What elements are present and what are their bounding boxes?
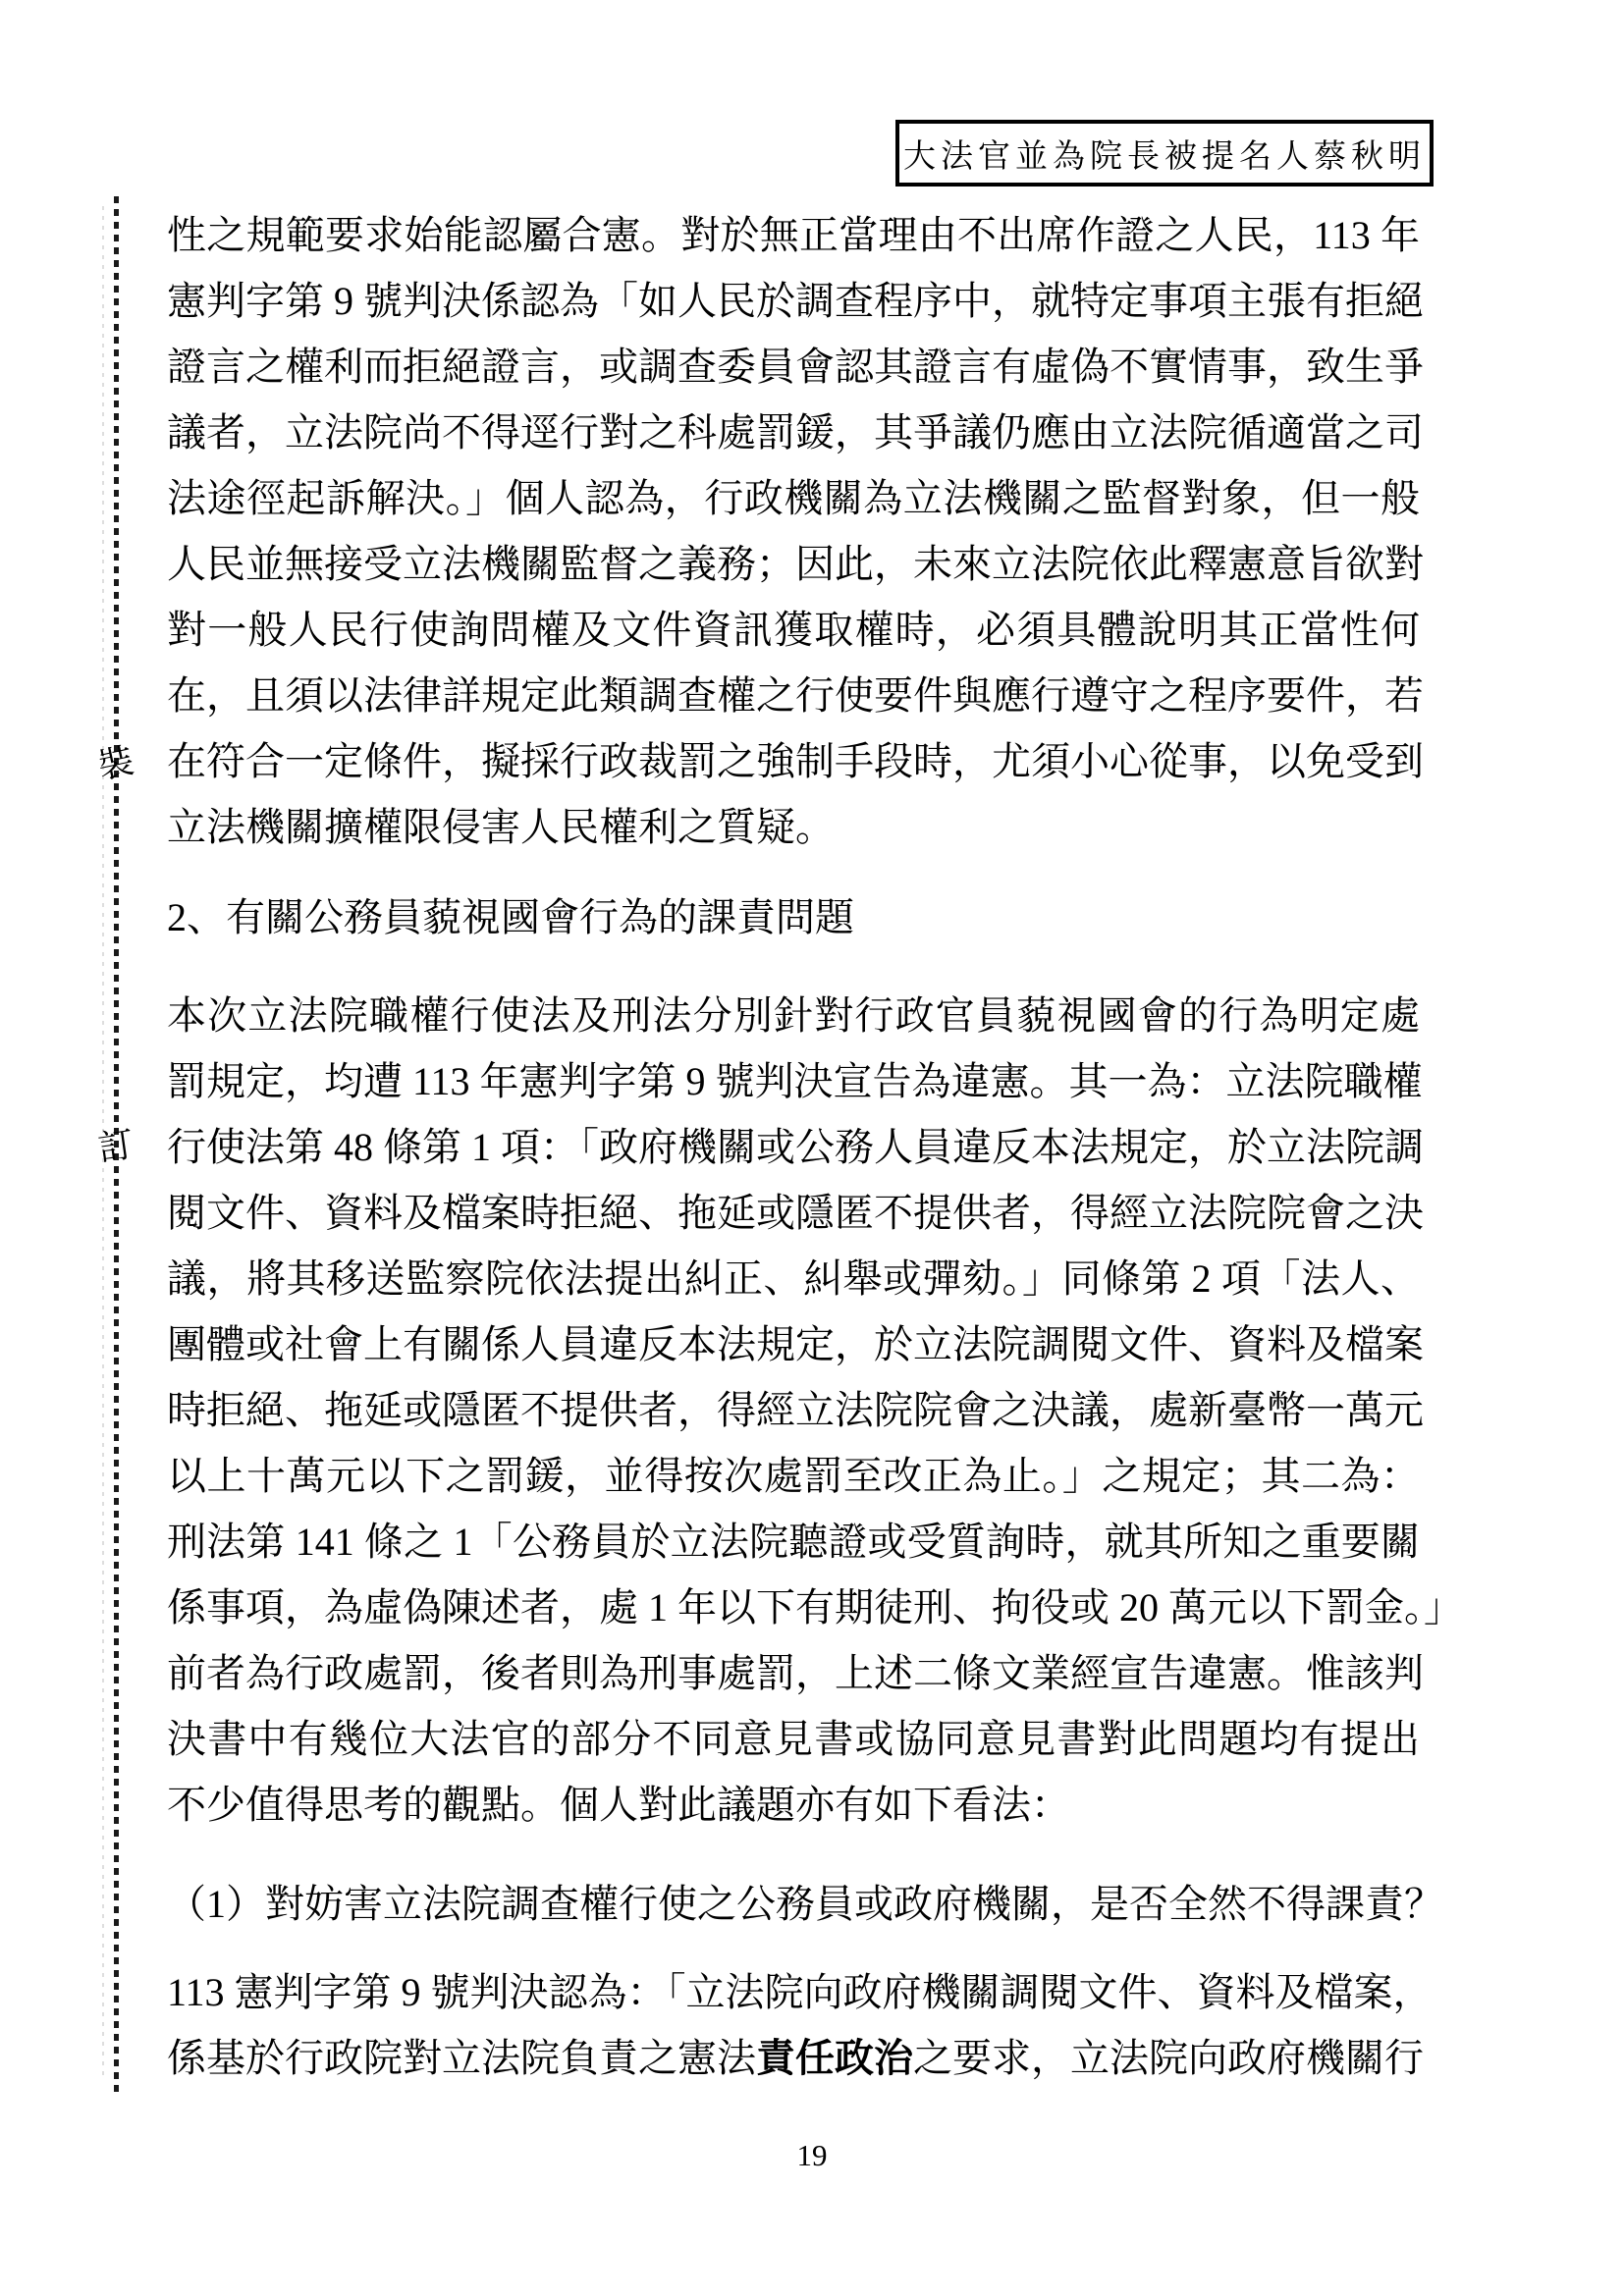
text-line: 對一般人民行使詢問權及文件資訊獲取權時，必須具體說明其正當性何 [167, 597, 1420, 663]
text-line: 時拒絕、拖延或隱匿不提供者，得經立法院院會之決議，處新臺幣一萬元 [167, 1377, 1420, 1443]
text-line: 係基於行政院對立法院負責之憲法責任政治之要求，立法院向政府機關行 [167, 2025, 1420, 2091]
text-line: 立法機關擴權限侵害人民權利之質疑。 [167, 794, 1420, 860]
text-line: 不少值得思考的觀點。個人對此議題亦有如下看法： [167, 1772, 1420, 1838]
section-heading-text: 2、有關公務員藐視國會行為的課責問題 [167, 884, 1420, 950]
paragraph-2: 本次立法院職權行使法及刑法分別針對行政官員藐視國會的行為明定處 罰規定，均遭 1… [167, 983, 1420, 1838]
text-line: 團體或社會上有關係人員違反本法規定，於立法院調閱文件、資料及檔案 [167, 1311, 1420, 1377]
text-line: 人民並無接受立法機關監督之義務；因此，未來立法院依此釋憲意旨欲對 [167, 531, 1420, 597]
binding-mark-ding: 訂 [91, 1122, 140, 1171]
page-number: 19 [0, 2138, 1624, 2173]
text-line: 以上十萬元以下之罰鍰，並得按次處罰至改正為止。」之規定；其二為： [167, 1443, 1420, 1509]
text-line: 前者為行政處罰，後者則為刑事處罰，上述二條文業經宣告違憲。惟該判 [167, 1640, 1420, 1706]
section-heading-2: 2、有關公務員藐視國會行為的課責問題 [167, 884, 1420, 950]
header-nominee-title: 大法官並為院長被提名人蔡秋明 [903, 131, 1426, 177]
text-line: 閱文件、資料及檔案時拒絕、拖延或隱匿不提供者，得經立法院院會之決 [167, 1180, 1420, 1246]
text-line: 在符合一定條件，擬採行政裁罰之強制手段時，尤須小心從事，以免受到 [167, 728, 1420, 794]
text-segment: 係基於行政院對立法院負責之憲法 [167, 2036, 756, 2080]
binding-mark-zhuang: 裝 [90, 738, 141, 789]
text-line: 行使法第 48 條第 1 項：「政府機關或公務人員違反本法規定，於立法院調 [167, 1114, 1420, 1180]
text-line: 法途徑起訴解決。」個人認為，行政機關為立法機關之監督對象，但一般 [167, 465, 1420, 531]
text-line: 證言之權利而拒絕證言，或調查委員會認其證言有虛偽不實情事，致生爭 [167, 334, 1420, 400]
document-page: 大法官並為院長被提名人蔡秋明 裝 訂 性之規範要求始能認屬合憲。對於無正當理由不… [0, 0, 1624, 2296]
text-line: 議，將其移送監察院依法提出糾正、糾舉或彈劾。」同條第 2 項「法人、 [167, 1246, 1420, 1311]
subsection-heading-text: （1）對妨害立法院調查權行使之公務員或政府機關，是否全然不得課責？ [167, 1871, 1420, 1937]
text-line: 決書中有幾位大法官的部分不同意見書或協同意見書對此問題均有提出 [167, 1706, 1420, 1772]
text-line: 在，且須以法律詳規定此類調查權之行使要件與應行遵守之程序要件，若 [167, 663, 1420, 728]
text-line: 憲判字第 9 號判決係認為「如人民於調查程序中，就特定事項主張有拒絕 [167, 268, 1420, 334]
text-line: 係事項，為虛偽陳述者，處 1 年以下有期徒刑、拘役或 20 萬元以下罰金。」 [167, 1575, 1420, 1640]
subsection-heading-1: （1）對妨害立法院調查權行使之公務員或政府機關，是否全然不得課責？ [167, 1871, 1420, 1937]
bold-term: 責任政治 [756, 2036, 913, 2080]
text-segment: 之要求，立法院向政府機關行 [913, 2036, 1424, 2080]
text-line: 性之規範要求始能認屬合憲。對於無正當理由不出席作證之人民，113 年 [167, 202, 1420, 268]
paragraph-3: 113 憲判字第 9 號判決認為：「立法院向政府機關調閱文件、資料及檔案， 係基… [167, 1959, 1420, 2091]
text-line: 議者，立法院尚不得逕行對之科處罰鍰，其爭議仍應由立法院循適當之司 [167, 400, 1420, 465]
text-line: 113 憲判字第 9 號判決認為：「立法院向政府機關調閱文件、資料及檔案， [167, 1959, 1420, 2025]
paragraph-1: 性之規範要求始能認屬合憲。對於無正當理由不出席作證之人民，113 年 憲判字第 … [167, 202, 1420, 860]
text-line: 刑法第 141 條之 1「公務員於立法院聽證或受質詢時，就其所知之重要關 [167, 1509, 1420, 1575]
header-nominee-box: 大法官並為院長被提名人蔡秋明 [895, 120, 1434, 187]
text-line: 罰規定，均遭 113 年憲判字第 9 號判決宣告為違憲。其一為：立法院職權 [167, 1048, 1420, 1114]
text-line: 本次立法院職權行使法及刑法分別針對行政官員藐視國會的行為明定處 [167, 983, 1420, 1048]
